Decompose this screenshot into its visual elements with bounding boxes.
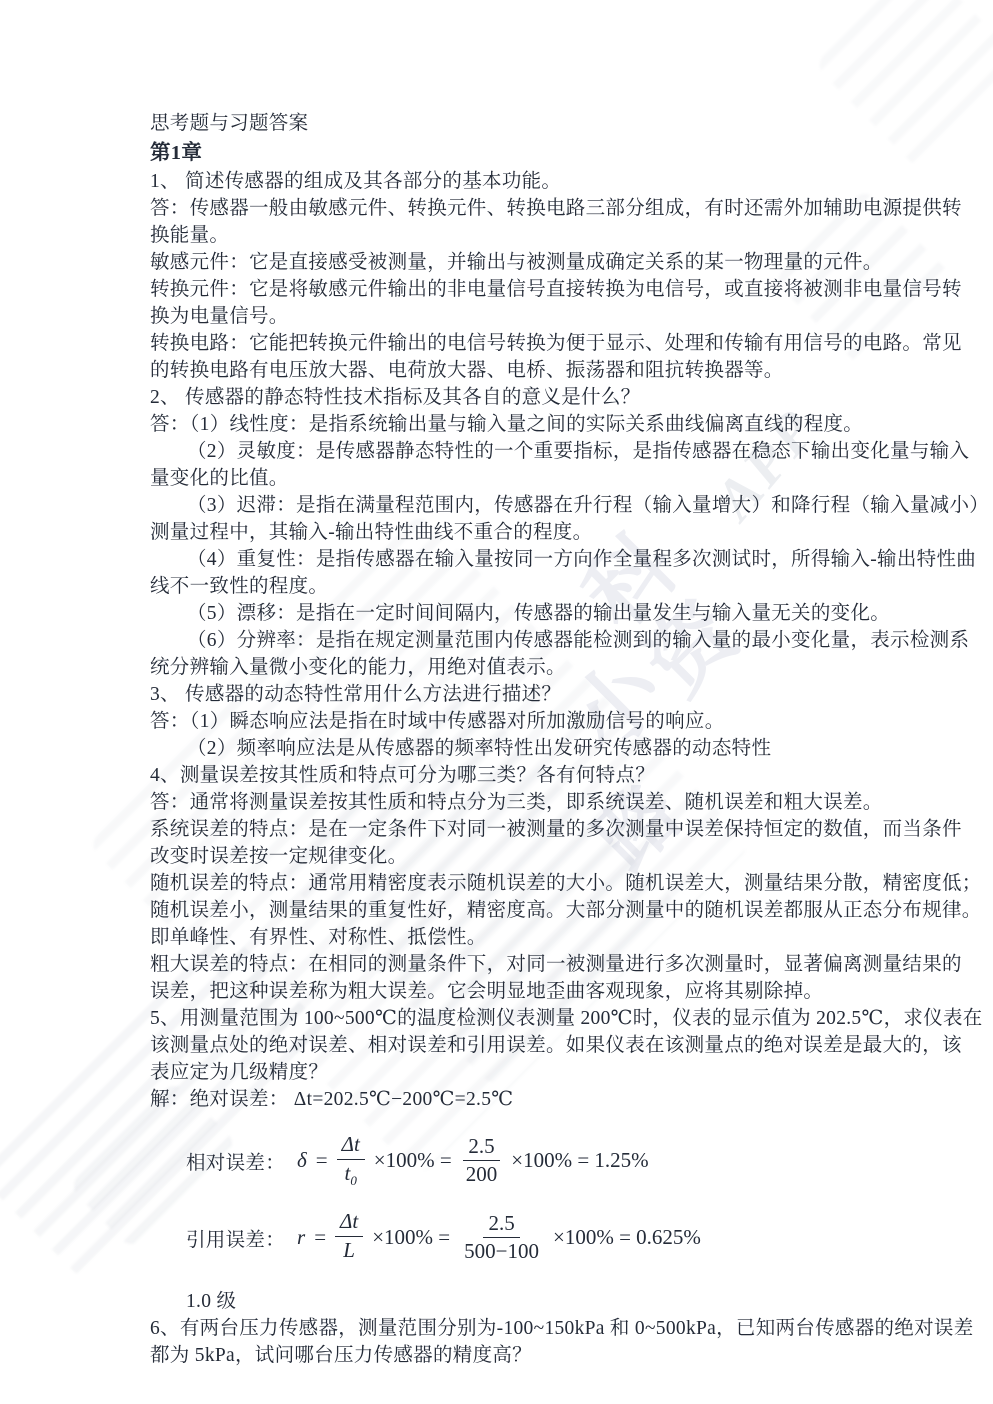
fraction-numerator: Δt: [335, 1210, 363, 1237]
text-line: （6）分辨率：是指在规定测量范围内传感器能检测到的输入量的最小变化量，表示检测系: [150, 627, 886, 654]
formula-symbol: r: [297, 1225, 305, 1250]
formula-symbol: δ: [297, 1148, 307, 1173]
question-3: 3、 传感器的动态特性常用什么方法进行描述？: [150, 681, 886, 708]
fraction: Δt t0: [337, 1133, 365, 1188]
text-line: 量变化的比值。: [150, 465, 886, 492]
question-6: 6、有两台压力传感器，测量范围分别为-100~150kPa 和 0~500kPa…: [150, 1315, 886, 1342]
question-1: 1、 简述传感器的组成及其各部分的基本功能。: [150, 168, 886, 195]
text-line: 即单峰性、有界性、对称性、抵偿性。: [150, 924, 886, 951]
text-line: 转换电路：它能把转换元件输出的电信号转换为便于显示、处理和传输有用信号的电路。常…: [150, 330, 886, 357]
text-line: 转换元件：它是将敏感元件输出的非电量信号直接转换为电信号，或直接将被测非电量信号…: [150, 276, 886, 303]
multiplier-text: ×100% =: [374, 1148, 452, 1173]
fraction-numerator: Δt: [337, 1133, 365, 1160]
text-line: 误差，把这种误差称为粗大误差。它会明显地歪曲客观现象，应将其剔除掉。: [150, 978, 886, 1005]
text-line: （2）频率响应法是从传感器的频率特性出发研究传感器的动态特性: [150, 735, 886, 762]
text-line: 的转换电路有电压放大器、电荷放大器、电桥、振荡器和阻抗转换器等。: [150, 357, 886, 384]
text-line: 表应定为几级精度？: [150, 1059, 886, 1086]
multiplier-text: ×100% =: [372, 1225, 450, 1250]
text-line: 敏感元件：它是直接感受被测量，并输出与被测量成确定关系的某一物理量的元件。: [150, 249, 886, 276]
question-2: 2、 传感器的静态特性技术指标及其各自的意义是什么？: [150, 384, 886, 411]
fraction-numerator: 2.5: [463, 1135, 499, 1162]
formula-relative-error: 相对误差： δ = Δt t0 ×100% = 2.5 200 ×100% = …: [150, 1133, 886, 1188]
formula-label: 相对误差：: [186, 1147, 285, 1175]
text-line: 改变时误差按一定规律变化。: [150, 843, 886, 870]
text-line: 随机误差小，测量结果的重复性好，精密度高。大部分测量中的随机误差都服从正态分布规…: [150, 897, 886, 924]
text-line: 答：通常将测量误差按其性质和特点分为三类，即系统误差、随机误差和粗大误差。: [150, 789, 886, 816]
solution-absolute-error: 解：绝对误差： Δt=202.5℃−200℃=2.5℃: [150, 1086, 886, 1113]
text-line: 随机误差的特点：通常用精密度表示随机误差的大小。随机误差大，测量结果分散，精密度…: [150, 870, 886, 897]
fraction-numerator: 2.5: [483, 1212, 519, 1239]
formula-expression: δ = Δt t0 ×100% = 2.5 200 ×100% = 1.25%: [297, 1133, 649, 1188]
text-line: 线不一致性的程度。: [150, 573, 886, 600]
question-5: 5、用测量范围为 100~500℃的温度检测仪表测量 200℃时，仪表的显示值为…: [150, 1005, 886, 1032]
text-line: 换能量。: [150, 222, 886, 249]
text-line: （2）灵敏度：是传感器静态特性的一个重要指标，是指传感器在稳态下输出变化量与输入: [150, 438, 886, 465]
accuracy-grade-line: 1.0 级: [150, 1288, 886, 1315]
fraction: Δt L: [335, 1210, 363, 1265]
text-line: 统分辨输入量微小变化的能力，用绝对值表示。: [150, 654, 886, 681]
text-line: （3）迟滞：是指在满量程范围内，传感器在升行程（输入量增大）和降行程（输入量减小…: [150, 492, 886, 519]
doc-title: 思考题与习题答案: [150, 110, 886, 137]
chapter-heading: 第1章: [150, 140, 886, 167]
text-line: 该测量点处的绝对误差、相对误差和引用误差。如果仪表在该测量点的绝对误差是最大的，…: [150, 1032, 886, 1059]
text-line: （4）重复性：是指传感器在输入量按同一方向作全量程多次测试时，所得输入-输出特性…: [150, 546, 886, 573]
document-body: 思考题与习题答案 第1章 1、 简述传感器的组成及其各部分的基本功能。 答：传感…: [150, 110, 886, 1369]
fraction-denominator: L: [338, 1237, 360, 1266]
scanned-document-page: { "lines": [ "思考题与习题答案", "第1章", "1、 简述传感…: [0, 0, 993, 1404]
formula-label: 引用误差：: [186, 1224, 285, 1252]
fraction-denominator: t0: [340, 1160, 362, 1189]
page-background: 科 资 小 路 APP 思考题与习题答案 第1章 1、 简述传感器的组成及其各部…: [0, 0, 993, 1404]
text-line: 粗大误差的特点：在相同的测量条件下，对同一被测量进行多次测量时，显著偏离测量结果…: [150, 951, 886, 978]
equals-sign: =: [314, 1225, 326, 1250]
fraction-denominator: 500−100: [459, 1238, 544, 1264]
formula-reference-error: 引用误差： r = Δt L ×100% = 2.5 500−100 ×100%…: [150, 1210, 886, 1265]
text-line: 答：（1）线性度：是指系统输出量与输入量之间的实际关系曲线偏离直线的程度。: [150, 411, 886, 438]
question-4: 4、测量误差按其性质和特点可分为哪三类？各有何特点？: [150, 762, 886, 789]
text-line: 答：（1）瞬态响应法是指在时域中传感器对所加激励信号的响应。: [150, 708, 886, 735]
text-line: 都为 5kPa，试问哪台压力传感器的精度高？: [150, 1342, 886, 1369]
fraction: 2.5 200: [461, 1135, 503, 1187]
text-line: 测量过程中，其输入-输出特性曲线不重合的程度。: [150, 519, 886, 546]
text-line: 系统误差的特点：是在一定条件下对同一被测量的多次测量中误差保持恒定的数值，而当条…: [150, 816, 886, 843]
result-text: ×100% = 0.625%: [553, 1225, 701, 1250]
text-line: （5）漂移：是指在一定时间间隔内，传感器的输出量发生与输入量无关的变化。: [150, 600, 886, 627]
fraction-denominator: 200: [461, 1161, 503, 1187]
fraction: 2.5 500−100: [459, 1212, 544, 1264]
equals-sign: =: [316, 1148, 328, 1173]
text-line: 换为电量信号。: [150, 303, 886, 330]
formula-expression: r = Δt L ×100% = 2.5 500−100 ×100% = 0.6…: [297, 1210, 701, 1265]
result-text: ×100% = 1.25%: [511, 1148, 648, 1173]
text-line: 答：传感器一般由敏感元件、转换元件、转换电路三部分组成，有时还需外加辅助电源提供…: [150, 195, 886, 222]
